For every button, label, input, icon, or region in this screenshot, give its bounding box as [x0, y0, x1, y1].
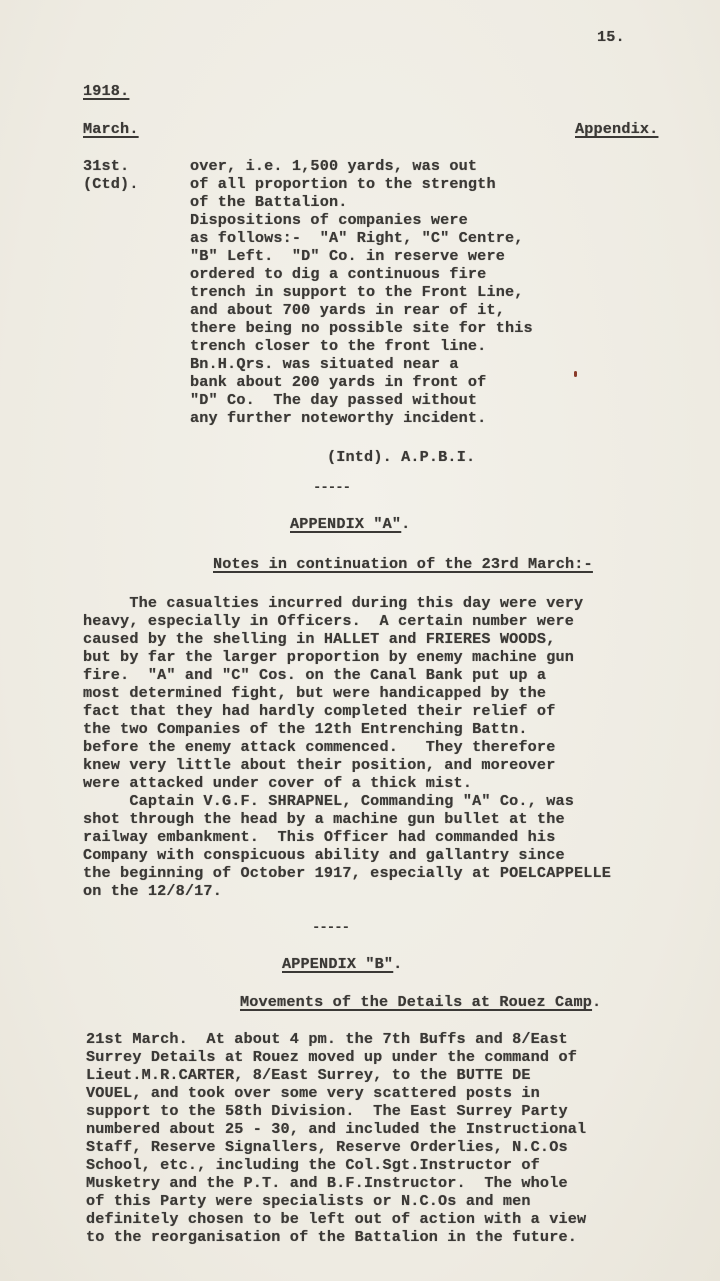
- appendix-b-heading-suffix: .: [393, 955, 402, 973]
- ink-speck: [574, 371, 577, 377]
- initials-signature: (Intd). A.P.B.I.: [327, 448, 475, 466]
- page-number: 15.: [597, 28, 625, 46]
- appendix-a-heading-suffix: .: [401, 515, 410, 533]
- appendix-b-body: 21st March. At about 4 pm. the 7th Buffs…: [86, 1030, 586, 1246]
- month-column-heading: March.: [83, 120, 139, 138]
- appendix-b-heading: APPENDIX "B".: [282, 955, 402, 973]
- appendix-b-subheading-text: Movements of the Details at Rouez Camp: [240, 993, 592, 1011]
- year-heading: 1918.: [83, 82, 129, 100]
- appendix-a-body: The casualties incurred during this day …: [83, 594, 611, 900]
- section-separator: -----: [313, 480, 350, 496]
- section-separator: -----: [312, 920, 349, 936]
- appendix-b-subheading-suffix: .: [592, 993, 601, 1011]
- appendix-a-subheading: Notes in continuation of the 23rd March:…: [213, 555, 593, 573]
- appendix-b-heading-text: APPENDIX "B": [282, 955, 393, 973]
- entry-date-label: 31st. (Ctd).: [83, 157, 139, 193]
- appendix-a-heading: APPENDIX "A".: [290, 515, 410, 533]
- appendix-column-heading: Appendix.: [575, 120, 658, 138]
- appendix-a-heading-text: APPENDIX "A": [290, 515, 401, 533]
- typewritten-page: 15. 1918. March. Appendix. 31st. (Ctd). …: [0, 0, 720, 1281]
- appendix-b-subheading: Movements of the Details at Rouez Camp.: [240, 993, 601, 1011]
- diary-entry-text: over, i.e. 1,500 yards, was out of all p…: [190, 157, 533, 427]
